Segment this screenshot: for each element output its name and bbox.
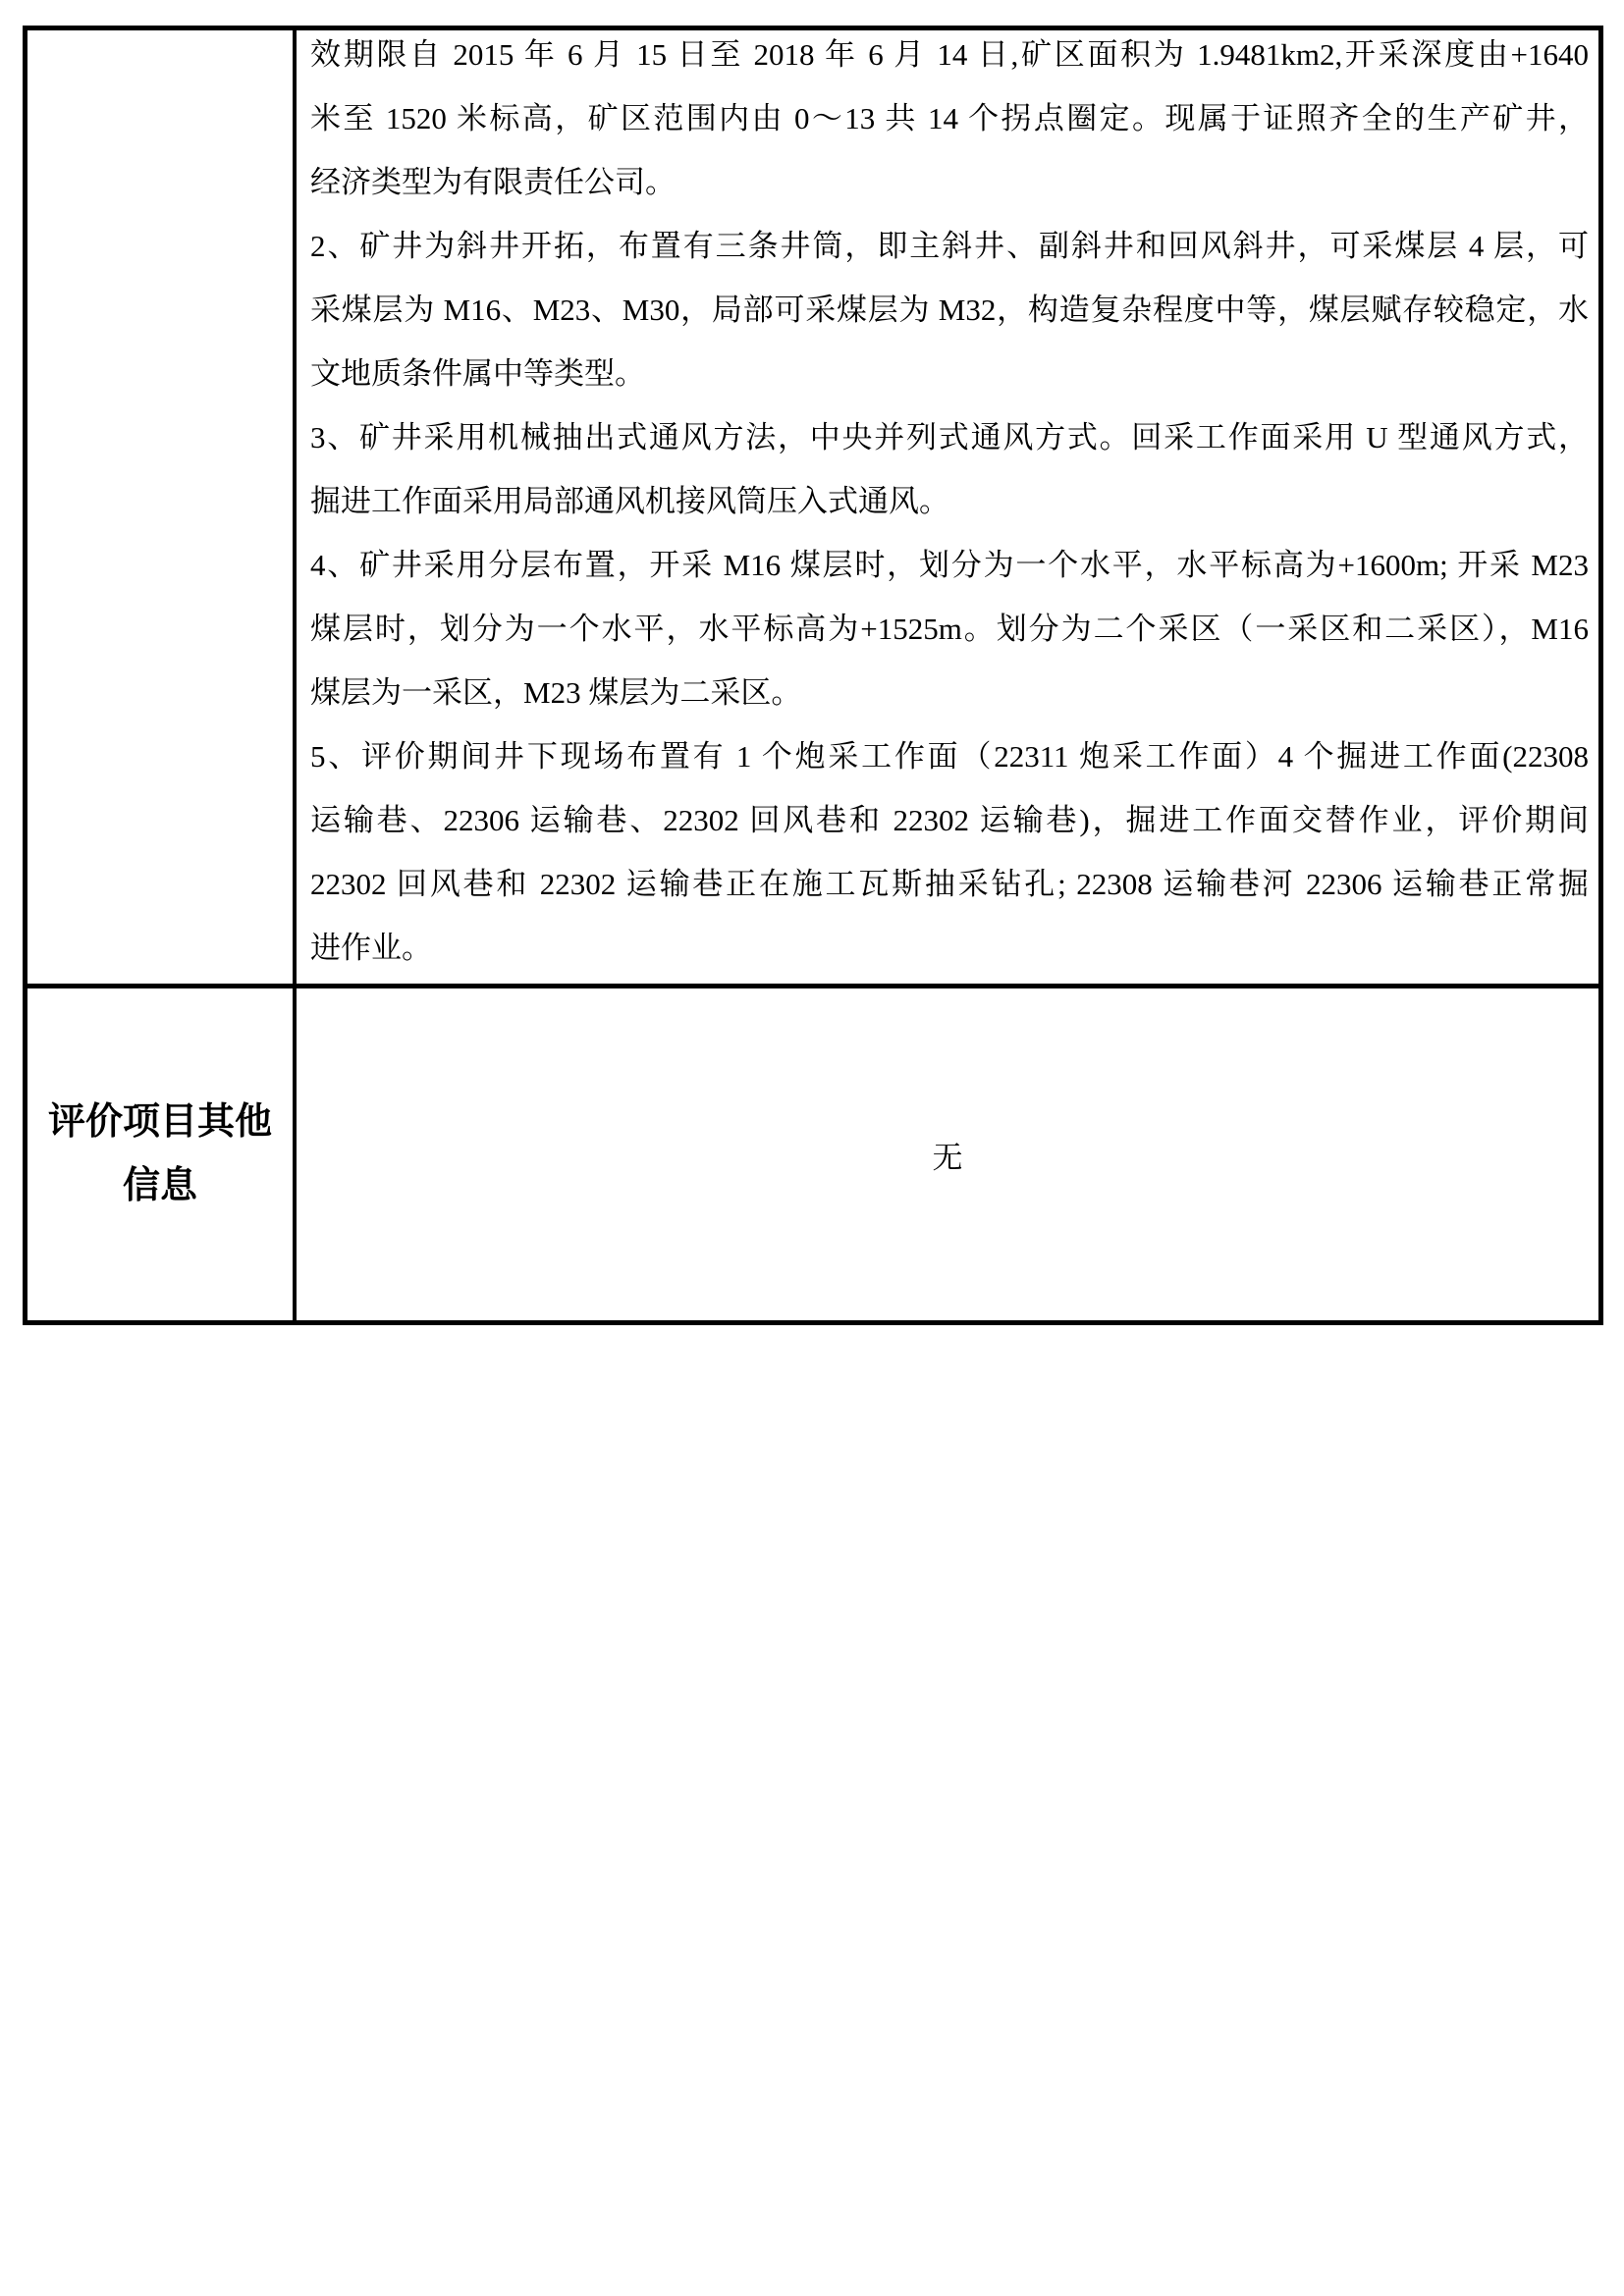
content-line: 煤层为一采区，M23 煤层为二采区。 xyxy=(310,661,1589,724)
table-row-mine-description: 效期限自 2015 年 6 月 15 日至 2018 年 6 月 14 日,矿区… xyxy=(27,30,1598,988)
other-info-label-cell: 评价项目其他 信息 xyxy=(27,988,297,1320)
content-line: 米至 1520 米标高，矿区范围内由 0～13 共 14 个拐点圈定。现属于证照… xyxy=(310,86,1589,150)
evaluation-table: 效期限自 2015 年 6 月 15 日至 2018 年 6 月 14 日,矿区… xyxy=(23,26,1603,1325)
content-line: 效期限自 2015 年 6 月 15 日至 2018 年 6 月 14 日,矿区… xyxy=(310,30,1589,86)
content-line: 运输巷、22306 运输巷、22302 回风巷和 22302 运输巷)，掘进工作… xyxy=(310,788,1589,852)
content-line: 采煤层为 M16、M23、M30，局部可采煤层为 M32，构造复杂程度中等，煤层… xyxy=(310,278,1589,342)
table-row-other-info: 评价项目其他 信息 无 xyxy=(27,988,1598,1320)
other-info-value-cell: 无 xyxy=(297,988,1598,1320)
mine-description-cell: 效期限自 2015 年 6 月 15 日至 2018 年 6 月 14 日,矿区… xyxy=(297,30,1598,984)
row-label-cell-empty xyxy=(27,30,297,984)
other-info-label-line: 评价项目其他 xyxy=(48,1091,272,1154)
content-line: 3、矿井采用机械抽出式通风方法，中央并列式通风方式。回采工作面采用 U 型通风方… xyxy=(310,405,1589,469)
other-info-label-line: 信息 xyxy=(123,1154,197,1218)
content-line: 2、矿井为斜井开拓，布置有三条井筒，即主斜井、副斜井和回风斜井，可采煤层 4 层… xyxy=(310,214,1589,278)
mine-description-text: 效期限自 2015 年 6 月 15 日至 2018 年 6 月 14 日,矿区… xyxy=(310,30,1589,980)
content-line: 文地质条件属中等类型。 xyxy=(310,342,1589,405)
other-info-value: 无 xyxy=(933,1133,963,1177)
content-line: 煤层时，划分为一个水平，水平标高为+1525m。划分为二个采区（一采区和二采区）… xyxy=(310,597,1589,661)
content-line: 经济类型为有限责任公司。 xyxy=(310,150,1589,214)
content-line: 掘进工作面采用局部通风机接风筒压入式通风。 xyxy=(310,469,1589,533)
content-line: 4、矿井采用分层布置，开采 M16 煤层时，划分为一个水平，水平标高为+1600… xyxy=(310,533,1589,597)
content-line: 5、评价期间井下现场布置有 1 个炮采工作面（22311 炮采工作面）4 个掘进… xyxy=(310,724,1589,788)
content-line: 22302 回风巷和 22302 运输巷正在施工瓦斯抽采钻孔; 22308 运输… xyxy=(310,852,1589,916)
content-line: 进作业。 xyxy=(310,916,1589,980)
